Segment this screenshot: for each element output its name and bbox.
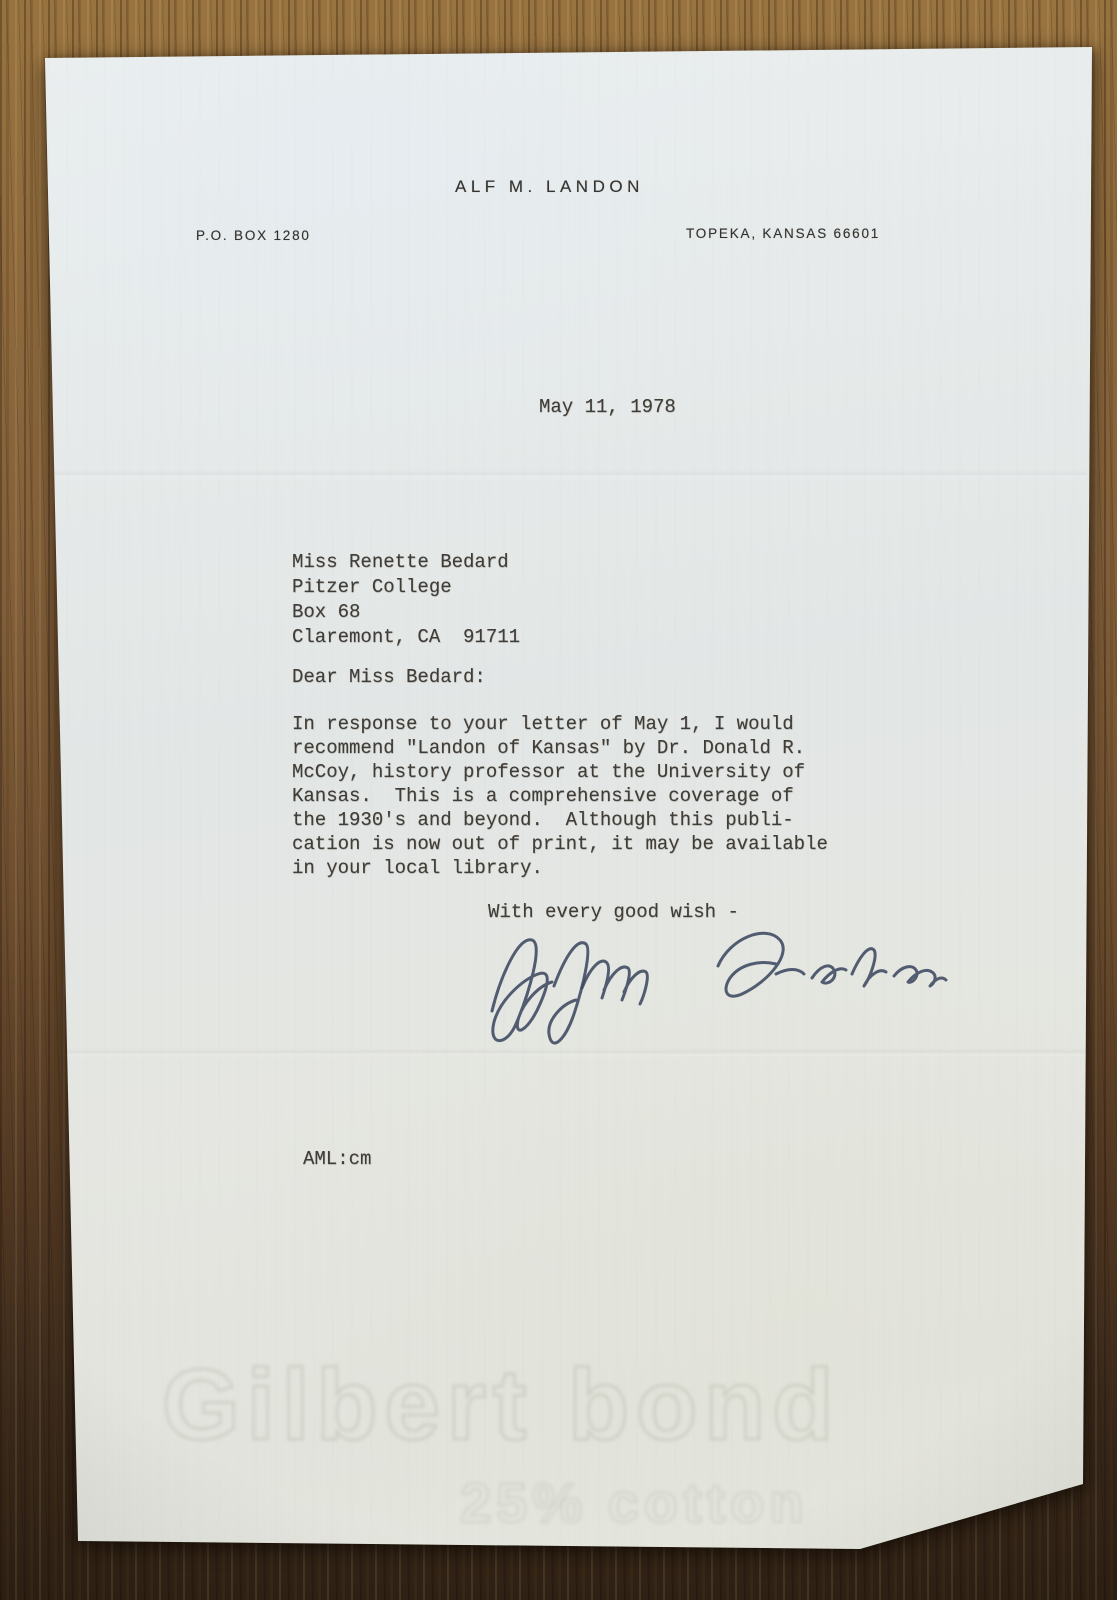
- body-line: recommend "Landon of Kansas" by Dr. Dona…: [292, 737, 805, 759]
- paper-watermark-cotton: 25% cotton: [460, 1470, 809, 1535]
- body-line: McCoy, history professor at the Universi…: [292, 761, 805, 783]
- recipient-line: Pitzer College: [292, 576, 452, 598]
- signature-handwriting: [478, 916, 948, 1066]
- body-line: In response to your letter of May 1, I w…: [292, 713, 794, 735]
- body-line: cation is now out of print, it may be av…: [292, 833, 828, 855]
- body-line: the 1930's and beyond. Although this pub…: [292, 809, 794, 831]
- body-line: in your local library.: [292, 857, 543, 879]
- typist-initials: AML:cm: [303, 1148, 371, 1170]
- paper-fold-crease-upper: [30, 470, 1087, 480]
- letterhead-name: ALF M. LANDON: [455, 177, 644, 197]
- recipient-line: Box 68: [292, 601, 360, 623]
- photo-of-typed-letter: Gilbert bond 25% cotton ALF M. LANDON P.…: [0, 0, 1117, 1600]
- recipient-line: Claremont, CA 91711: [292, 626, 520, 648]
- letter-date: May 11, 1978: [539, 396, 676, 418]
- paper-watermark-brand: Gilbert bond: [162, 1348, 840, 1463]
- letterhead-po-box: P.O. BOX 1280: [196, 228, 311, 243]
- letterhead-city-line: TOPEKA, KANSAS 66601: [686, 226, 880, 241]
- body-line: Kansas. This is a comprehensive coverage…: [292, 785, 794, 807]
- salutation: Dear Miss Bedard:: [292, 666, 486, 688]
- recipient-line: Miss Renette Bedard: [292, 551, 509, 573]
